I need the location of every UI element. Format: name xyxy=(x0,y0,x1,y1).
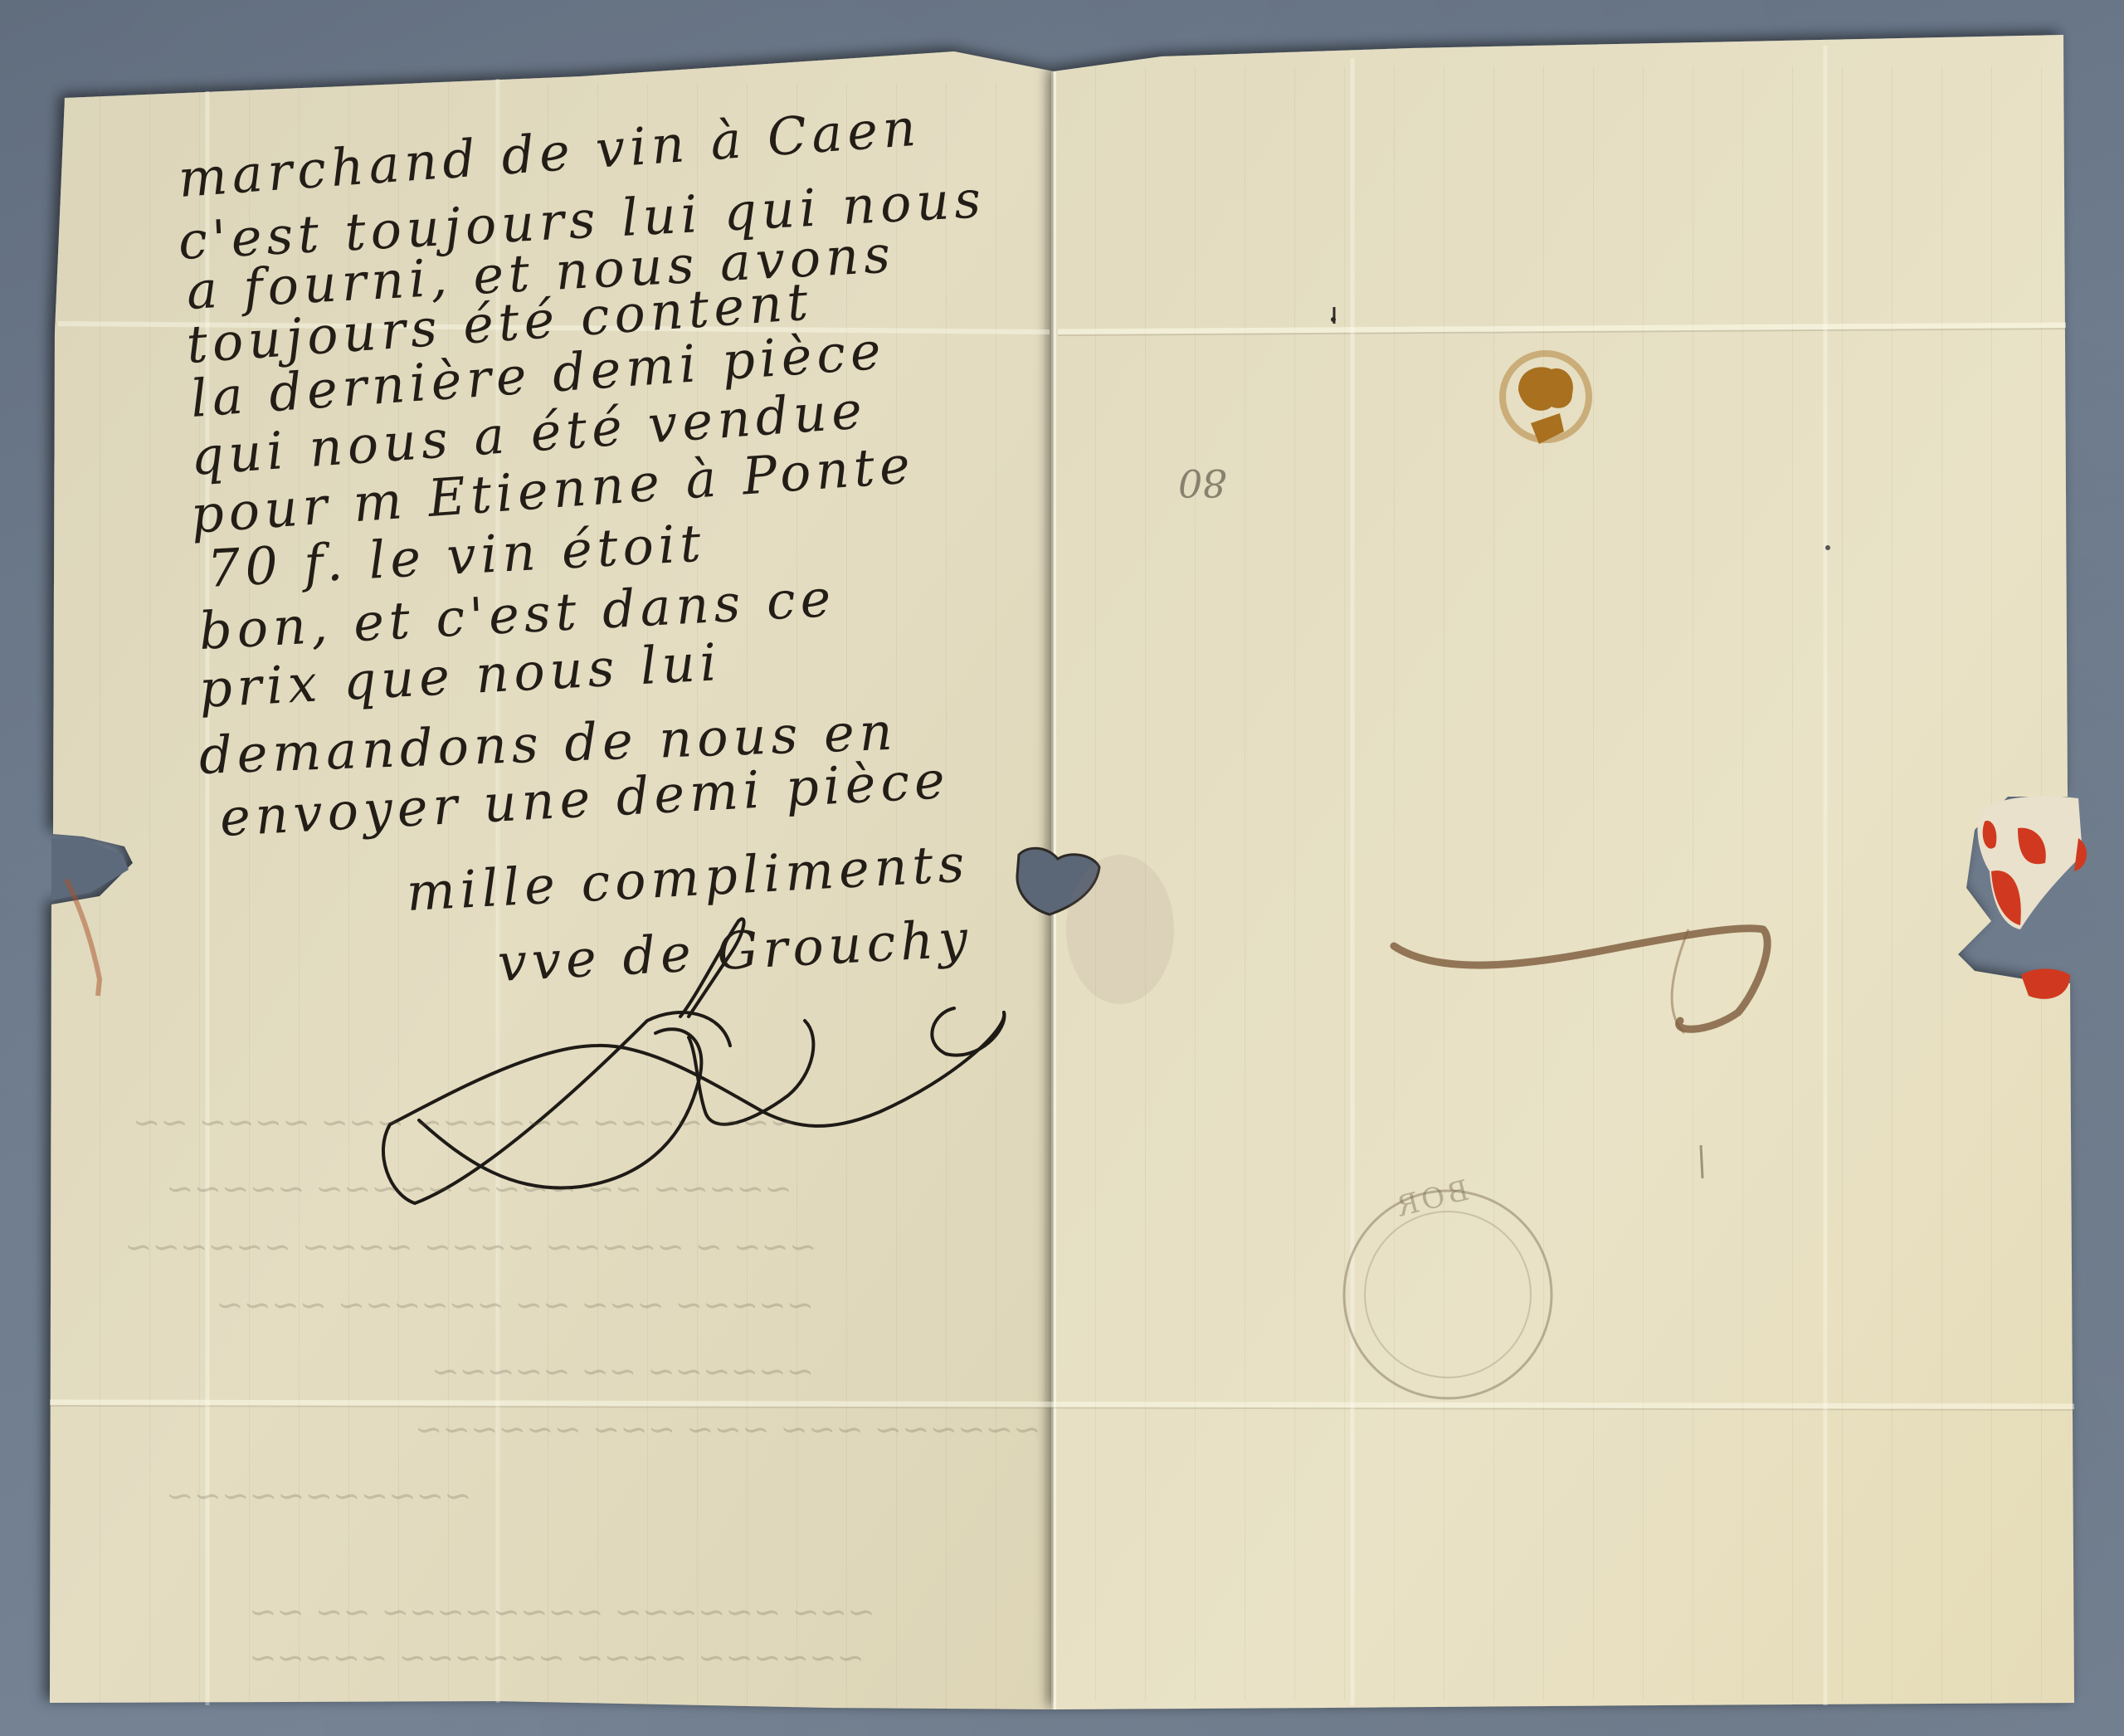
bleed-through-text: ~~~ ~~~~~~ ~~~~~~~~ ~~ ~~ xyxy=(249,1593,875,1631)
bleed-through-text: ~~~ ~~~~ ~~~~~~ ~~~ ~~~~ ~~ xyxy=(133,1104,797,1142)
bleed-through-text: ~~~~~~ ~~~ ~~~ ~~~ ~~~~~~ xyxy=(415,1411,1041,1449)
bleed-through-text: ~~~ ~ ~~~~~ ~~~~ ~~~~ ~~~~~~ xyxy=(124,1228,816,1266)
bleed-through-text: ~~~~~ ~~ ~~~~ ~~~~~ ~~~~~ xyxy=(166,1170,792,1208)
annotation-number: 80 xyxy=(1178,461,1227,505)
bleed-through-text: ~~~~~~~~~~~ xyxy=(166,1477,472,1515)
bleed-through-text: ~~~~~~ ~~~~ ~~~~~~ ~~~~~ xyxy=(249,1639,865,1677)
bleed-through-text: ~~~~~ ~~~ ~~ ~~~~~~ ~~~~ xyxy=(216,1286,814,1324)
center-stain xyxy=(1066,855,1174,1004)
bleed-through-text: ~~~~~~ ~~ ~~~~~ xyxy=(431,1353,814,1391)
right-page xyxy=(1054,35,2074,1709)
